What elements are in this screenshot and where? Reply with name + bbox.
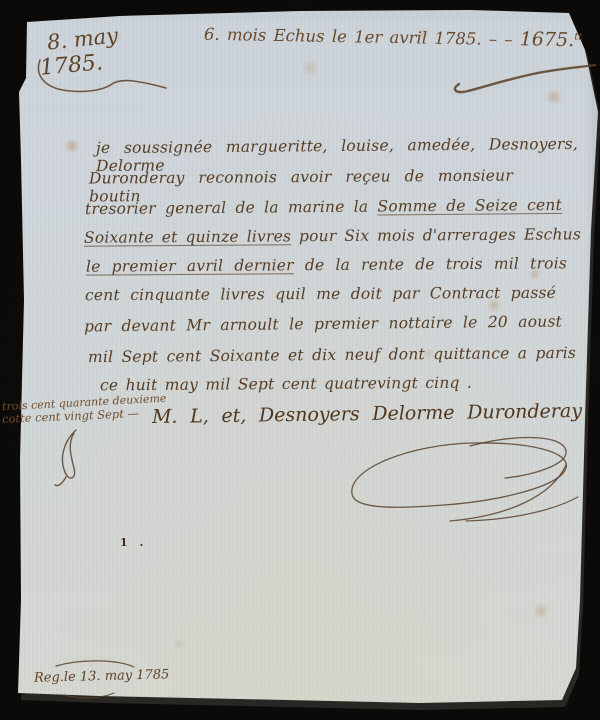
small-ink-mark: 1 . xyxy=(120,536,147,549)
document-photo: 8. may 1785. 6. mois Echus le 1er avril … xyxy=(0,0,600,720)
line-segment: cent cinquante livres quil me doit par C… xyxy=(85,284,556,304)
header-amount-unit-livres: tt xyxy=(574,32,582,43)
line-segment: tresorier general de la marine la xyxy=(85,198,378,219)
letter-line-5: le premier avril dernier de la rente de … xyxy=(86,254,567,275)
letter-line-4: Soixante et quinze livres pour Six mois … xyxy=(84,225,581,246)
letter-line-6: cent cinquante livres quil me doit par C… xyxy=(85,284,556,304)
header-dashes: – – xyxy=(489,30,513,49)
header-note-text: 6. mois Echus le 1er avril 1785. xyxy=(204,25,482,49)
line-segment: pour Six mois d'arrerages Eschus xyxy=(291,225,581,245)
underlined-phrase: le premier avril dernier xyxy=(86,256,294,275)
underlined-phrase: Soixante et quinze livres xyxy=(84,227,291,246)
line-segment: de la rente de trois mil trois xyxy=(294,254,567,274)
header-amount: 1675. xyxy=(520,28,575,51)
underlined-phrase: Somme de Seize cent xyxy=(377,196,562,216)
